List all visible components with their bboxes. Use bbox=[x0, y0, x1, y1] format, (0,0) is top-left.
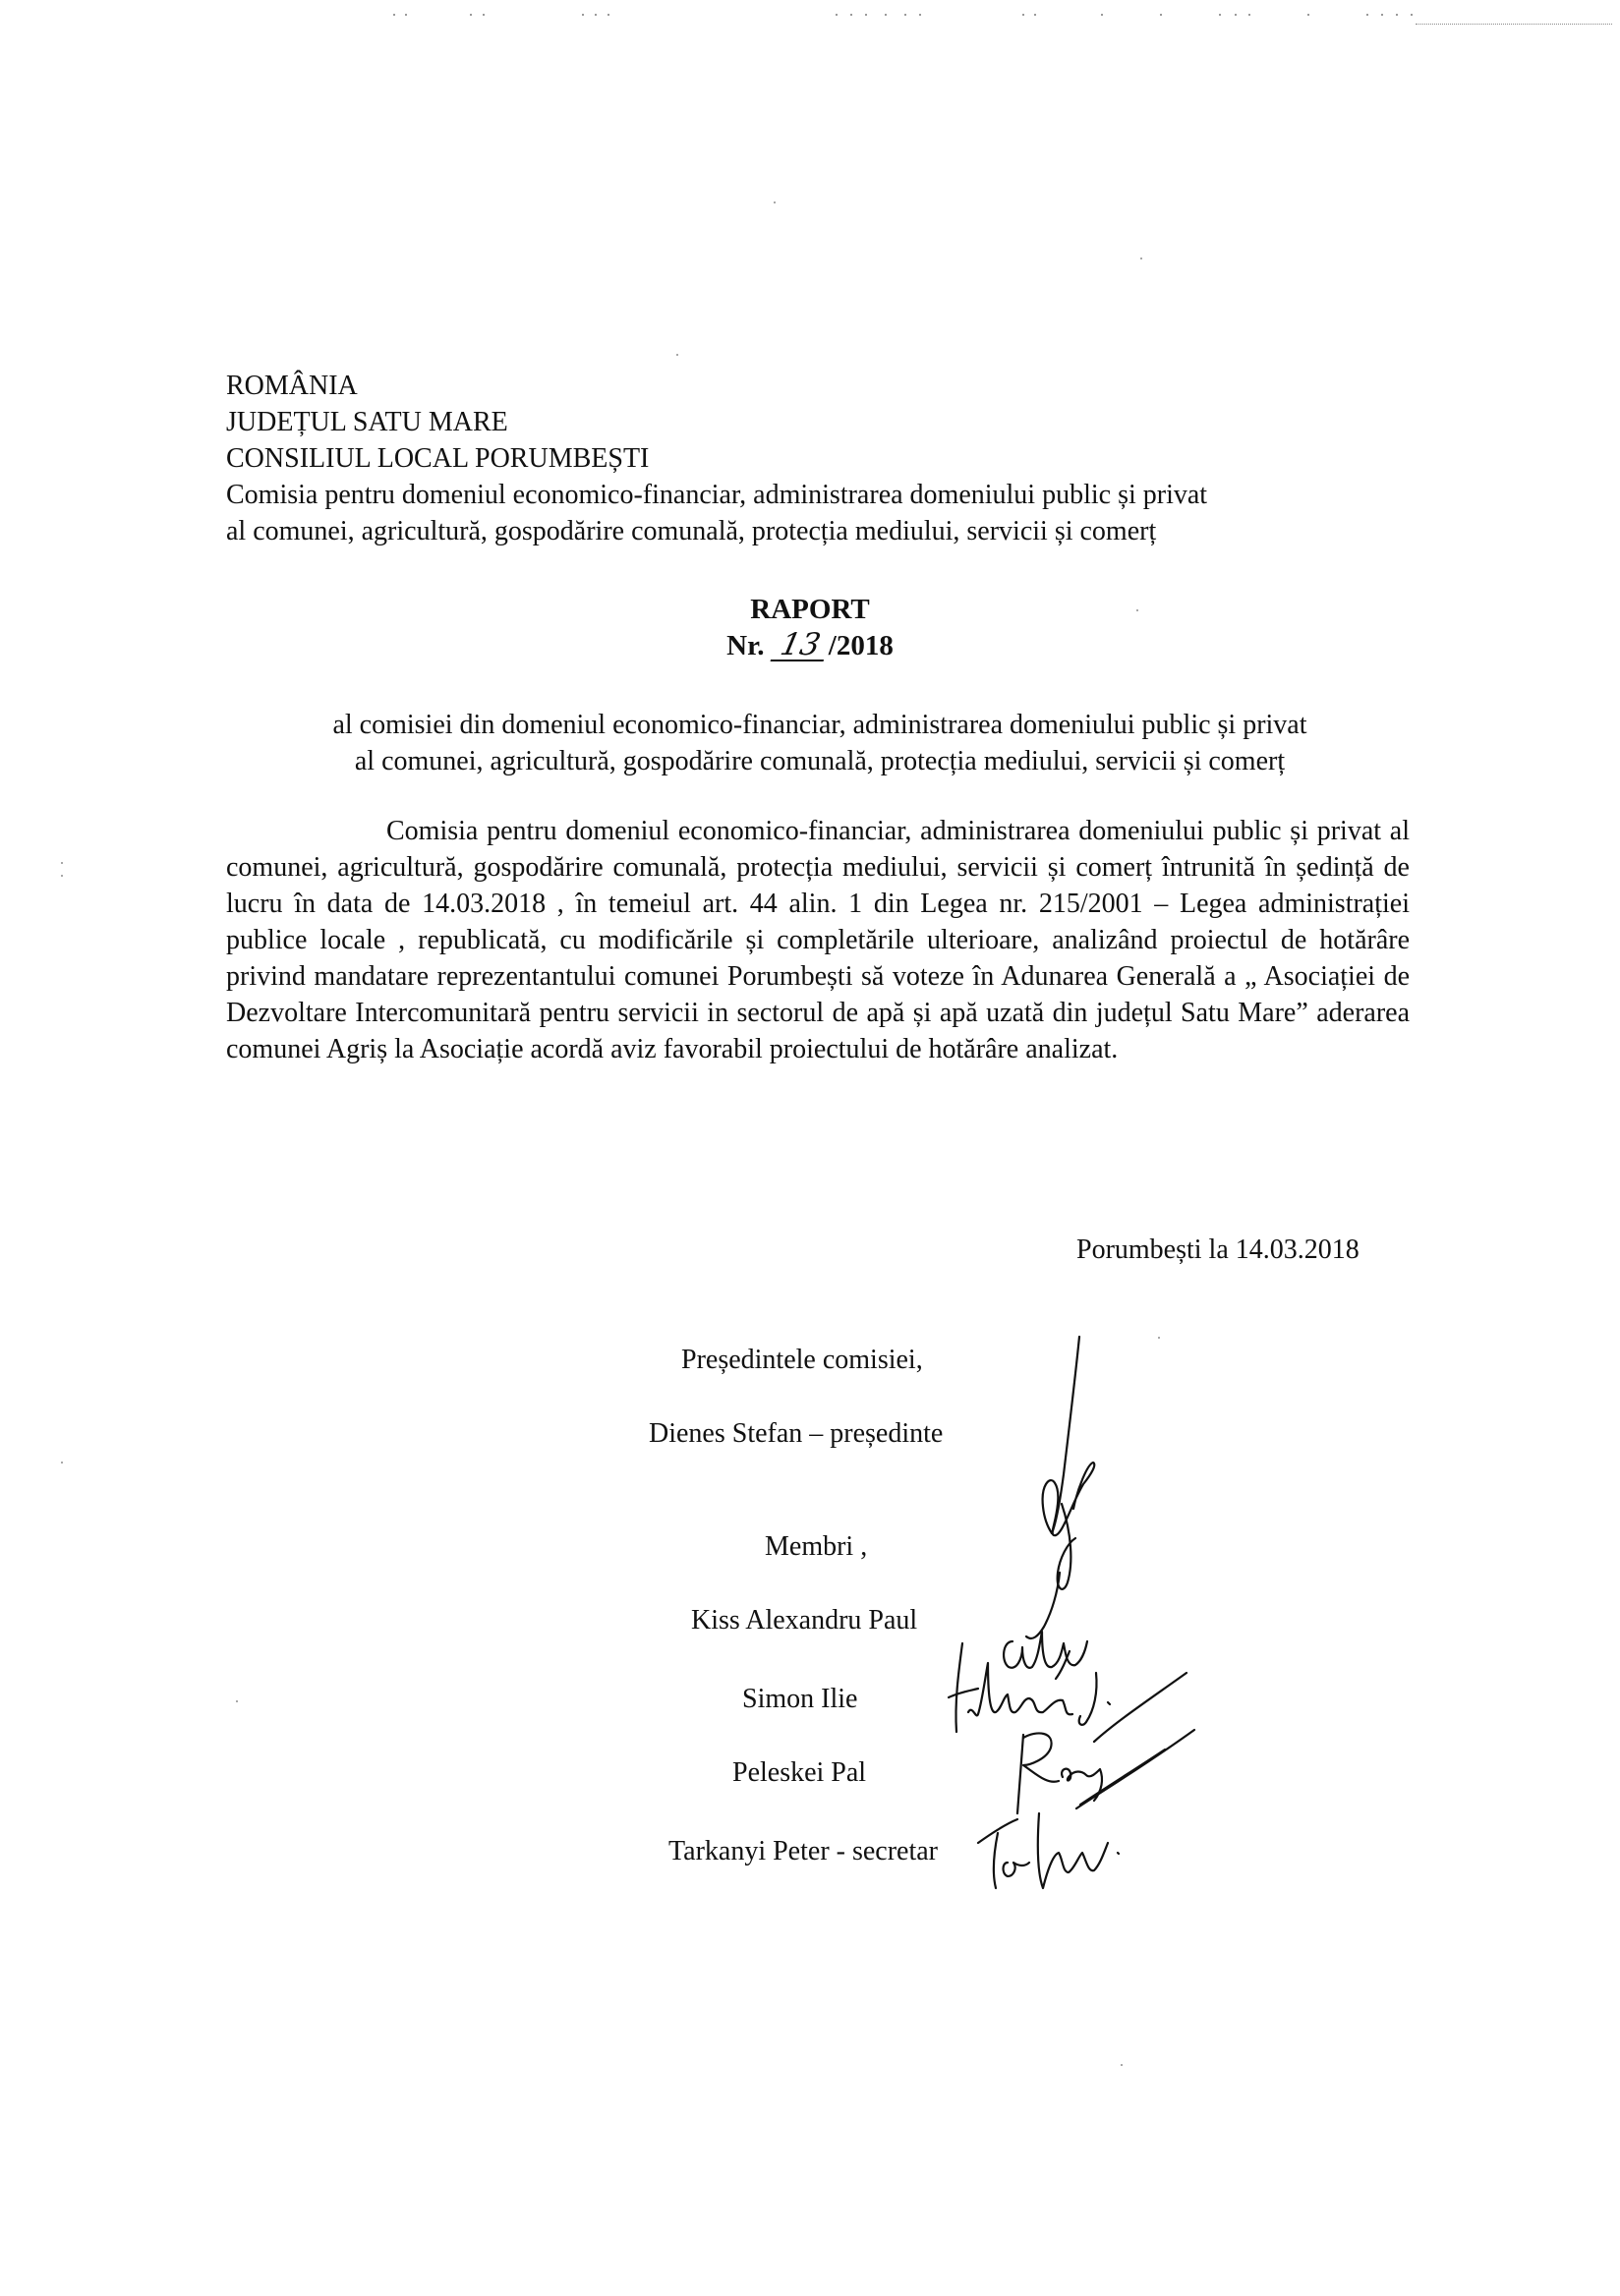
report-heading: RAPORT bbox=[0, 592, 1620, 628]
report-body-paragraph: Comisia pentru domeniul economico-financ… bbox=[226, 813, 1410, 1067]
member-name: Simon Ilie bbox=[742, 1681, 857, 1717]
member-name: Peleskei Pal bbox=[732, 1754, 866, 1791]
scan-speck bbox=[774, 201, 776, 203]
scan-speck bbox=[1140, 258, 1142, 259]
document-header: ROMÂNIA JUDEȚUL SATU MARE CONSILIUL LOCA… bbox=[226, 368, 1207, 549]
report-subtitle: al comisiei din domeniul economico-finan… bbox=[197, 707, 1443, 779]
secretary-name: Tarkanyi Peter - secretar bbox=[668, 1833, 938, 1869]
scan-speck bbox=[61, 875, 63, 877]
council-name: CONSILIUL LOCAL PORUMBEȘTI bbox=[226, 440, 1207, 477]
country-name: ROMÂNIA bbox=[226, 368, 1207, 404]
report-number-prefix: Nr. bbox=[726, 630, 764, 661]
place-date: Porumbești la 14.03.2018 bbox=[1076, 1232, 1360, 1268]
subtitle-line2: al comunei, agricultură, gospodărire com… bbox=[197, 743, 1443, 779]
scan-speck bbox=[61, 862, 63, 864]
scan-speck bbox=[1158, 1337, 1160, 1339]
county-name: JUDEȚUL SATU MARE bbox=[226, 404, 1207, 440]
commission-name-line2: al comunei, agricultură, gospodărire com… bbox=[226, 513, 1207, 549]
scan-speck bbox=[1121, 2064, 1123, 2066]
signature-president bbox=[1003, 1337, 1121, 1597]
member-name: Kiss Alexandru Paul bbox=[691, 1602, 917, 1638]
president-title: Președintele comisiei, bbox=[681, 1342, 923, 1378]
members-title: Membri , bbox=[765, 1528, 867, 1565]
president-name: Dienes Stefan – președinte bbox=[649, 1415, 943, 1452]
scan-speck bbox=[676, 354, 678, 356]
scan-speck bbox=[61, 1462, 63, 1464]
report-number: Nr. 13/2018 bbox=[726, 628, 894, 664]
subtitle-line1: al comisiei din domeniul economico-finan… bbox=[197, 707, 1443, 743]
report-number-handwritten: 13 bbox=[770, 630, 830, 661]
report-number-suffix: /2018 bbox=[829, 630, 894, 661]
commission-name-line1: Comisia pentru domeniul economico-financ… bbox=[226, 477, 1207, 513]
scan-speck bbox=[236, 1700, 238, 1702]
document-page: ROMÂNIA JUDEȚUL SATU MARE CONSILIUL LOCA… bbox=[0, 0, 1620, 2296]
signature-tarkanyi bbox=[978, 1804, 1126, 1897]
report-title: RAPORT Nr. 13/2018 bbox=[0, 592, 1620, 664]
scan-artifact-line bbox=[1416, 24, 1612, 26]
